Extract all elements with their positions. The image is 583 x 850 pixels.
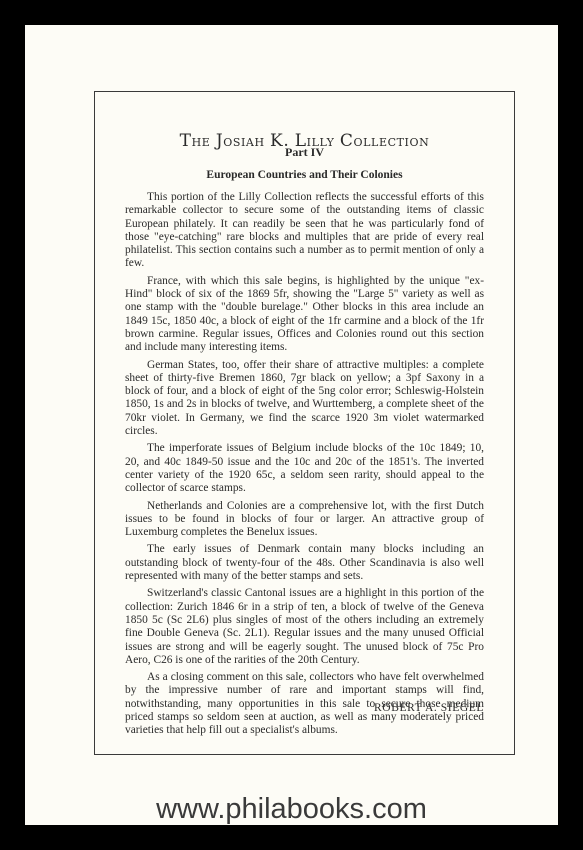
paragraph-denmark: The early issues of Denmark contain many… xyxy=(125,543,484,583)
paragraph-german-states: German States, too, offer their share of… xyxy=(125,359,484,439)
part-heading: Part IV xyxy=(95,145,514,160)
document-page: The Josiah K. Lilly Collection Part IV E… xyxy=(25,25,558,825)
body-text: This portion of the Lilly Collection ref… xyxy=(125,191,484,742)
paragraph-intro: This portion of the Lilly Collection ref… xyxy=(125,191,484,271)
content-border-box: The Josiah K. Lilly Collection Part IV E… xyxy=(94,91,515,755)
paragraph-belgium: The imperforate issues of Belgium includ… xyxy=(125,442,484,495)
paragraph-netherlands: Netherlands and Colonies are a comprehen… xyxy=(125,500,484,540)
paragraph-switzerland: Switzerland's classic Cantonal issues ar… xyxy=(125,587,484,667)
section-subtitle: European Countries and Their Colonies xyxy=(95,169,514,181)
author-signature: ROBERT A. SIEGEL xyxy=(374,702,484,714)
paragraph-france: France, with which this sale begins, is … xyxy=(125,275,484,355)
website-watermark: www.philabooks.com xyxy=(25,792,558,826)
